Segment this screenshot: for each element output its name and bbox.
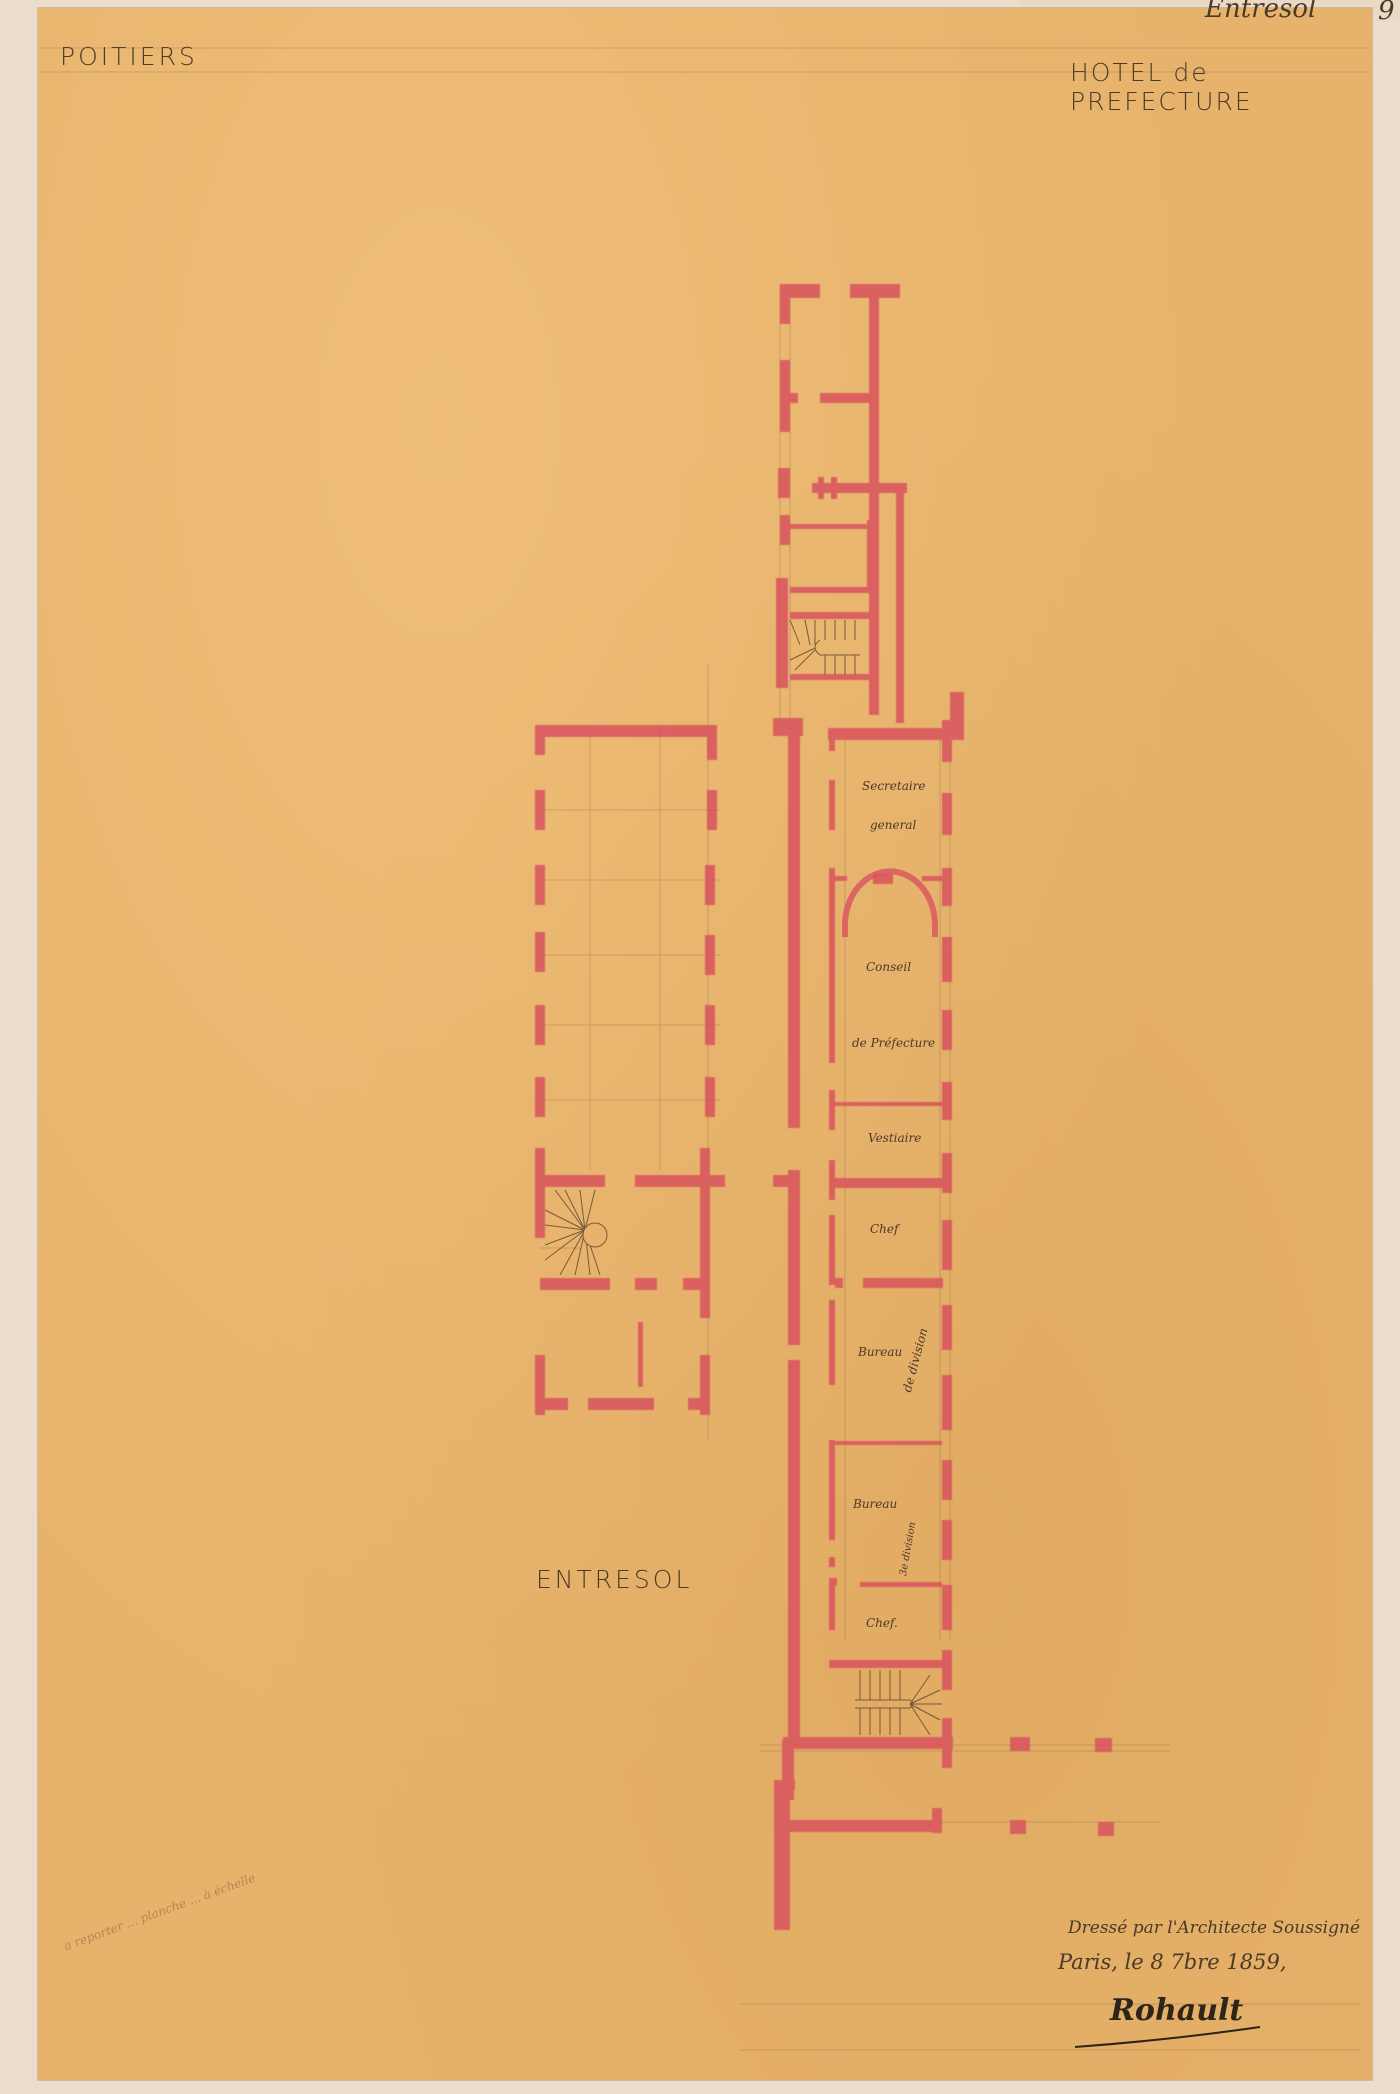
- signature-flourish: [1070, 2025, 1270, 2055]
- room-label-chef-1: Chef: [870, 1222, 898, 1236]
- level-title: ENTRESOL: [536, 1565, 692, 1594]
- room-label-conseil-line1: Conseil: [866, 960, 911, 974]
- floor-plan: [0, 0, 1400, 2094]
- signature-line-2: Paris, le 8 7bre 1859,: [1058, 1950, 1287, 1974]
- wall-wash: [535, 284, 1114, 1930]
- construction-lines: [40, 48, 1370, 2050]
- signature-name: Rohault: [1110, 1993, 1243, 2028]
- room-label-bureau-division: Bureau: [858, 1345, 902, 1359]
- signature-line-1: Dressé par l'Architecte Soussigné: [1068, 1918, 1360, 1938]
- room-label-chef-2: Chef.: [866, 1616, 898, 1630]
- room-label-secretaire-line2: general: [870, 818, 916, 832]
- room-label-bureau-3e: Bureau: [853, 1497, 897, 1511]
- room-label-secretaire-line1: Secretaire: [862, 779, 926, 793]
- room-label-vestiaire: Vestiaire: [868, 1131, 921, 1145]
- room-label-conseil-line2: de Préfecture: [852, 1036, 935, 1050]
